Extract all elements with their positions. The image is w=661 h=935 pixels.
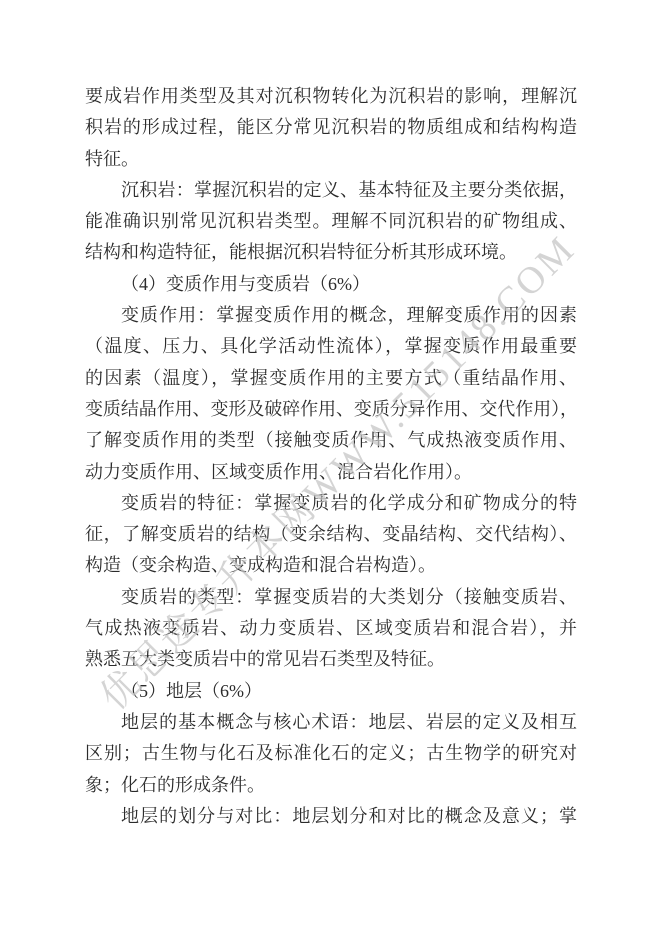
text-line: 地层的基本概念与核心术语：地层、岩层的定义及相互 bbox=[85, 707, 577, 738]
text-line: 积岩的形成过程，能区分常见沉积岩的物质组成和结构构造 bbox=[85, 112, 577, 143]
text-line: 能准确识别常见沉积岩类型。理解不同沉积岩的矿物组成、 bbox=[85, 206, 577, 237]
text-line: 构造（变余构造、变成构造和混合岩构造）。 bbox=[85, 550, 577, 581]
text-line: 沉积岩：掌握沉积岩的定义、基本特征及主要分类依据， bbox=[85, 175, 577, 206]
section-heading: （4）变质作用与变质岩（6%） bbox=[85, 269, 577, 300]
text-line: 气成热液变质岩、动力变质岩、区域变质岩和混合岩），并 bbox=[85, 613, 577, 644]
text-line: 地层的划分与对比：地层划分和对比的概念及意义；掌 bbox=[85, 801, 577, 832]
text-line: 的因素（温度），掌握变质作用的主要方式（重结晶作用、 bbox=[85, 363, 577, 394]
text-line: 了解变质作用的类型（接触变质作用、气成热液变质作用、 bbox=[85, 425, 577, 456]
document-body: 要成岩作用类型及其对沉积物转化为沉积岩的影响，理解沉 积岩的形成过程，能区分常见… bbox=[85, 81, 577, 832]
text-line: 结构和构造特征，能根据沉积岩特征分析其形成环境。 bbox=[85, 237, 577, 268]
text-line: 熟悉五大类变质岩中的常见岩石类型及特征。 bbox=[85, 644, 577, 675]
text-line: 变质结晶作用、变形及破碎作用、变质分异作用、交代作用）， bbox=[85, 394, 577, 425]
text-line: 特征。 bbox=[85, 144, 577, 175]
text-line: 征，了解变质岩的结构（变余结构、变晶结构、交代结构）、 bbox=[85, 519, 577, 550]
text-line: 变质作用：掌握变质作用的概念，理解变质作用的因素 bbox=[85, 300, 577, 331]
text-line: （温度、压力、具化学活动性流体），掌握变质作用最重要 bbox=[85, 331, 577, 362]
text-line: 区别；古生物与化石及标准化石的定义；古生物学的研究对 bbox=[85, 738, 577, 769]
text-line: 象；化石的形成条件。 bbox=[85, 770, 577, 801]
text-line: 动力变质作用、区域变质作用、混合岩化作用）。 bbox=[85, 457, 577, 488]
text-line: 变质岩的特征：掌握变质岩的化学成分和矿物成分的特 bbox=[85, 488, 577, 519]
section-heading: （5）地层（6%） bbox=[85, 676, 577, 707]
text-line: 要成岩作用类型及其对沉积物转化为沉积岩的影响，理解沉 bbox=[85, 81, 577, 112]
document-page: 优思途专升本网WWW.515148.COM 要成岩作用类型及其对沉积物转化为沉积… bbox=[0, 0, 661, 935]
text-line: 变质岩的类型：掌握变质岩的大类划分（接触变质岩、 bbox=[85, 582, 577, 613]
